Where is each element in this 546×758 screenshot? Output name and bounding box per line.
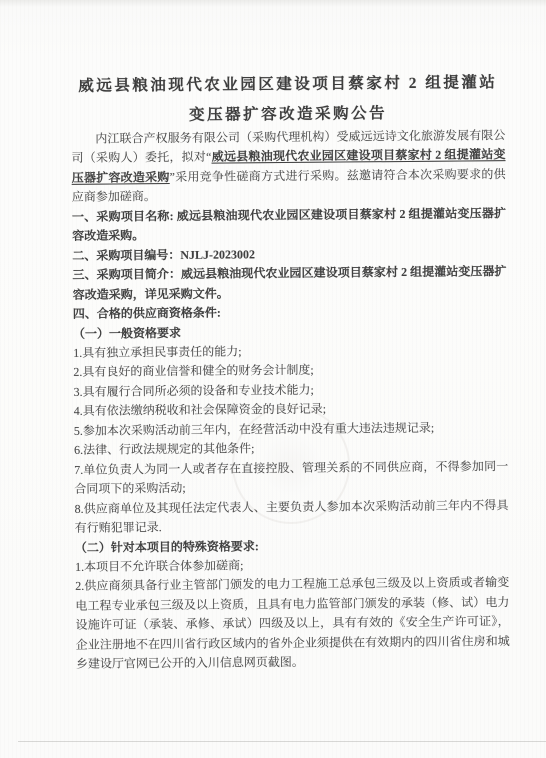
- document-content: 威远县粮油现代农业园区建设项目蔡家村 2 组提灌站 变压器扩容改造采购公告 内江…: [70, 0, 510, 675]
- section-project-brief: 三、采购项目简介：威远县粮油现代农业园区建设项目蔡家村 2 组提灌站变压器扩容改…: [72, 262, 506, 305]
- document-title: 威远县粮油现代农业园区建设项目蔡家村 2 组提灌站 变压器扩容改造采购公告: [71, 68, 506, 132]
- general-requirement-item-7: 7.单位负责人为同一人或者存在直接控股、管理关系的不同供应商，不得参加同一合同项…: [74, 457, 508, 500]
- scan-artifact-line: [18, 741, 546, 742]
- general-requirement-item-8: 8.供应商单位及其现任法定代表人、主要负责人参加本次采购活动前三年内不得具有行贿…: [74, 496, 508, 539]
- intro-paragraph: 内江联合产权服务有限公司（采购代理机构）受威远远诗文化旅游发展有限公司（采购人）…: [71, 126, 506, 208]
- document-body: 内江联合产权服务有限公司（采购代理机构）受威远远诗文化旅游发展有限公司（采购人）…: [71, 126, 510, 674]
- scanned-document-page: 威远县粮油现代农业园区建设项目蔡家村 2 组提灌站 变压器扩容改造采购公告 内江…: [0, 0, 546, 758]
- special-requirement-item-2: 2.供应商须具备行业主管部门颁发的电力工程施工总承包三级及以上资质或者输变电工程…: [75, 574, 510, 675]
- document-title-line1: 威远县粮油现代农业园区建设项目蔡家村 2 组提灌站: [71, 68, 505, 102]
- section-project-name: 一、采购项目名称: 威远县粮油现代农业园区建设项目蔡家村 2 组提灌站变压器扩容…: [72, 204, 506, 247]
